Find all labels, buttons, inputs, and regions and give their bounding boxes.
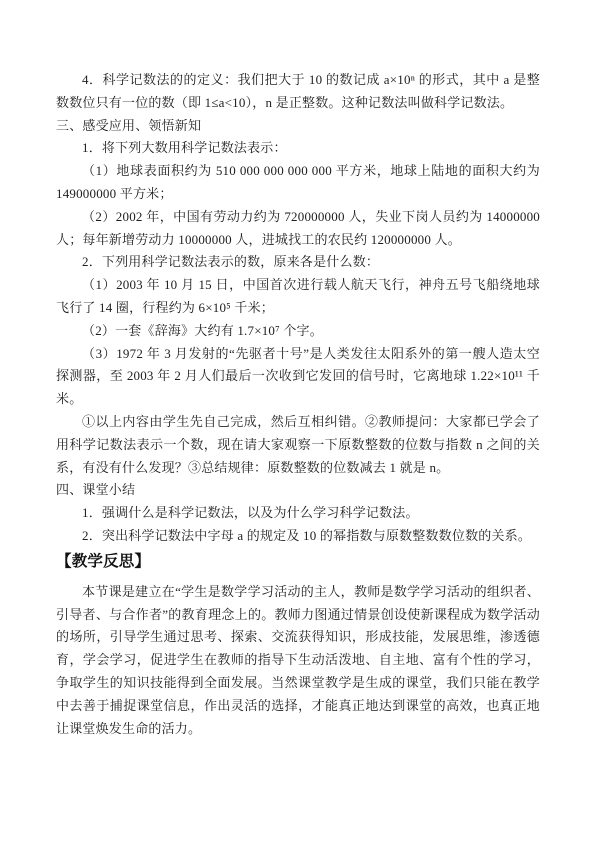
section-heading-class-summary: 四、课堂小结 (56, 479, 540, 502)
paragraph-exercise-2-prompt: 2．下列用科学记数法表示的数，原来各是什么数： (56, 251, 540, 274)
paragraph-exercise-1-prompt: 1．将下列大数用科学记数法表示： (56, 137, 540, 160)
paragraph-teaching-notes: ①以上内容由学生先自己完成，然后互相纠错。②教师提问：大家都已学会了用科学记数法… (56, 411, 540, 479)
paragraph-summary-point-2: 2．突出科学记数法中字母 a 的规定及 10 的幂指数与原数整数数位数的关系。 (56, 525, 540, 548)
paragraph-scientific-notation-definition: 4．科学记数法的的定义：我们把大于 10 的数记成 a×10ⁿ 的形式，其中 a… (56, 69, 540, 115)
document-content: 4．科学记数法的的定义：我们把大于 10 的数记成 a×10ⁿ 的形式，其中 a… (56, 69, 540, 740)
paragraph-exercise-2-item-2: （2）一套《辞海》大约有 1.7×10⁷ 个字。 (56, 320, 540, 343)
paragraph-exercise-1-item-1: （1）地球表面积约为 510 000 000 000 000 平方米，地球上陆地… (56, 160, 540, 206)
paragraph-exercise-2-item-3: （3）1972 年 3 月发射的“先驱者十号”是人类发往太阳系外的第一艘人造太空… (56, 343, 540, 411)
paragraph-exercise-2-item-1: （1）2003 年 10 月 15 日，中国首次进行载人航天飞行，神舟五号飞船绕… (56, 274, 540, 320)
reflection-paragraph: 本节课是建立在“学生是数学学习活动的主人，教师是数学学习活动的组织者、引导者、与… (56, 581, 540, 741)
reflection-heading: 【教学反思】 (56, 550, 540, 574)
section-heading-apply-new-knowledge: 三、感受应用、领悟新知 (56, 115, 540, 138)
document-page: 4．科学记数法的的定义：我们把大于 10 的数记成 a×10ⁿ 的形式，其中 a… (0, 0, 595, 841)
paragraph-exercise-1-item-2: （2）2002 年，中国有劳动力约为 720000000 人，失业下岗人员约为 … (56, 206, 540, 252)
paragraph-summary-point-1: 1．强调什么是科学记数法，以及为什么学习科学记数法。 (56, 502, 540, 525)
